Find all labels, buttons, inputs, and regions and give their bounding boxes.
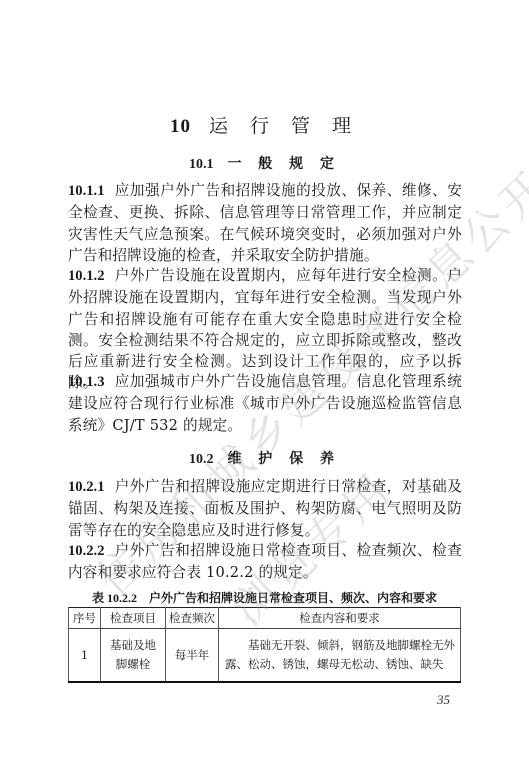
cell-index: 1 [69,629,101,683]
table-header-row: 序号 检查项目 检查频次 检查内容和要求 [69,608,461,629]
document-page: 10运 行 管 理 10.1一 般 规 定 10.1.1应加强户外广告和招牌设施… [0,0,529,767]
section-title-10-2: 10.2维 护 保 养 [0,448,529,468]
clause-10-1-3: 10.1.3应加强城市户外广告设施信息管理。信息化管理系统建设应符合现行行业标准… [68,371,462,436]
inspection-table: 序号 检查项目 检查频次 检查内容和要求 1 基础及地脚螺栓 每半年 基础无开裂… [68,607,461,683]
clause-number: 10.1.2 [68,268,104,284]
table-row: 1 基础及地脚螺栓 每半年 基础无开裂、倾斜，钢筋及地脚螺栓无外露、松动、锈蚀，… [69,629,461,683]
clause-text: 户外广告和招牌设施日常检查项目、检查频次、检查内容和要求应符合表 10.2.2 … [68,542,462,581]
cell-requirements: 基础无开裂、倾斜，钢筋及地脚螺栓无外露、松动、锈蚀，螺母无松动、锈蚀、缺失 [219,629,461,683]
clause-10-2-2: 10.2.2户外广告和招牌设施日常检查项目、检查频次、检查内容和要求应符合表 1… [68,540,462,584]
clause-number: 10.1.3 [68,374,104,390]
clause-text: 应加强户外广告和招牌设施的投放、保养、维修、安全检查、更换、拆除、信息管理等日常… [68,182,462,264]
clause-10-2-1: 10.2.1户外广告和招牌设施应定期进行日常检查，对基础及锚固、构架及连接、面板… [68,476,462,541]
header-index: 序号 [69,608,101,629]
table-caption-number: 表 10.2.2 [92,591,137,605]
header-frequency: 检查频次 [166,608,219,629]
chapter-title-text: 运 行 管 理 [209,115,359,137]
header-item: 检查项目 [101,608,166,629]
chapter-title: 10运 行 管 理 [0,111,529,138]
section-title-10-1: 10.1一 般 规 定 [0,153,529,173]
cell-frequency: 每半年 [166,629,219,683]
clause-number: 10.1.1 [68,183,104,199]
clause-number: 10.2.1 [68,479,104,495]
table-caption-title: 户外广告和招牌设施日常检查项目、频次、内容和要求 [149,591,437,605]
clause-number: 10.2.2 [68,543,104,559]
section-number: 10.2 [189,452,214,467]
page-number: 35 [437,692,450,708]
chapter-number: 10 [170,116,191,137]
clause-text: 应加强城市户外广告设施信息管理。信息化管理系统建设应符合现行行业标准《城市户外广… [68,373,462,434]
section-title-text: 维 护 保 养 [227,451,340,467]
table-caption: 表 10.2.2户外广告和招牌设施日常检查项目、频次、内容和要求 [0,589,529,606]
header-requirements: 检查内容和要求 [219,608,461,629]
clause-text: 户外广告和招牌设施应定期进行日常检查，对基础及锚固、构架及连接、面板及围护、构架… [68,478,462,539]
section-title-text: 一 般 规 定 [227,156,340,172]
cell-item: 基础及地脚螺栓 [101,629,166,683]
section-number: 10.1 [189,157,214,172]
clause-10-1-1: 10.1.1应加强户外广告和招牌设施的投放、保养、维修、安全检查、更换、拆除、信… [68,180,462,266]
